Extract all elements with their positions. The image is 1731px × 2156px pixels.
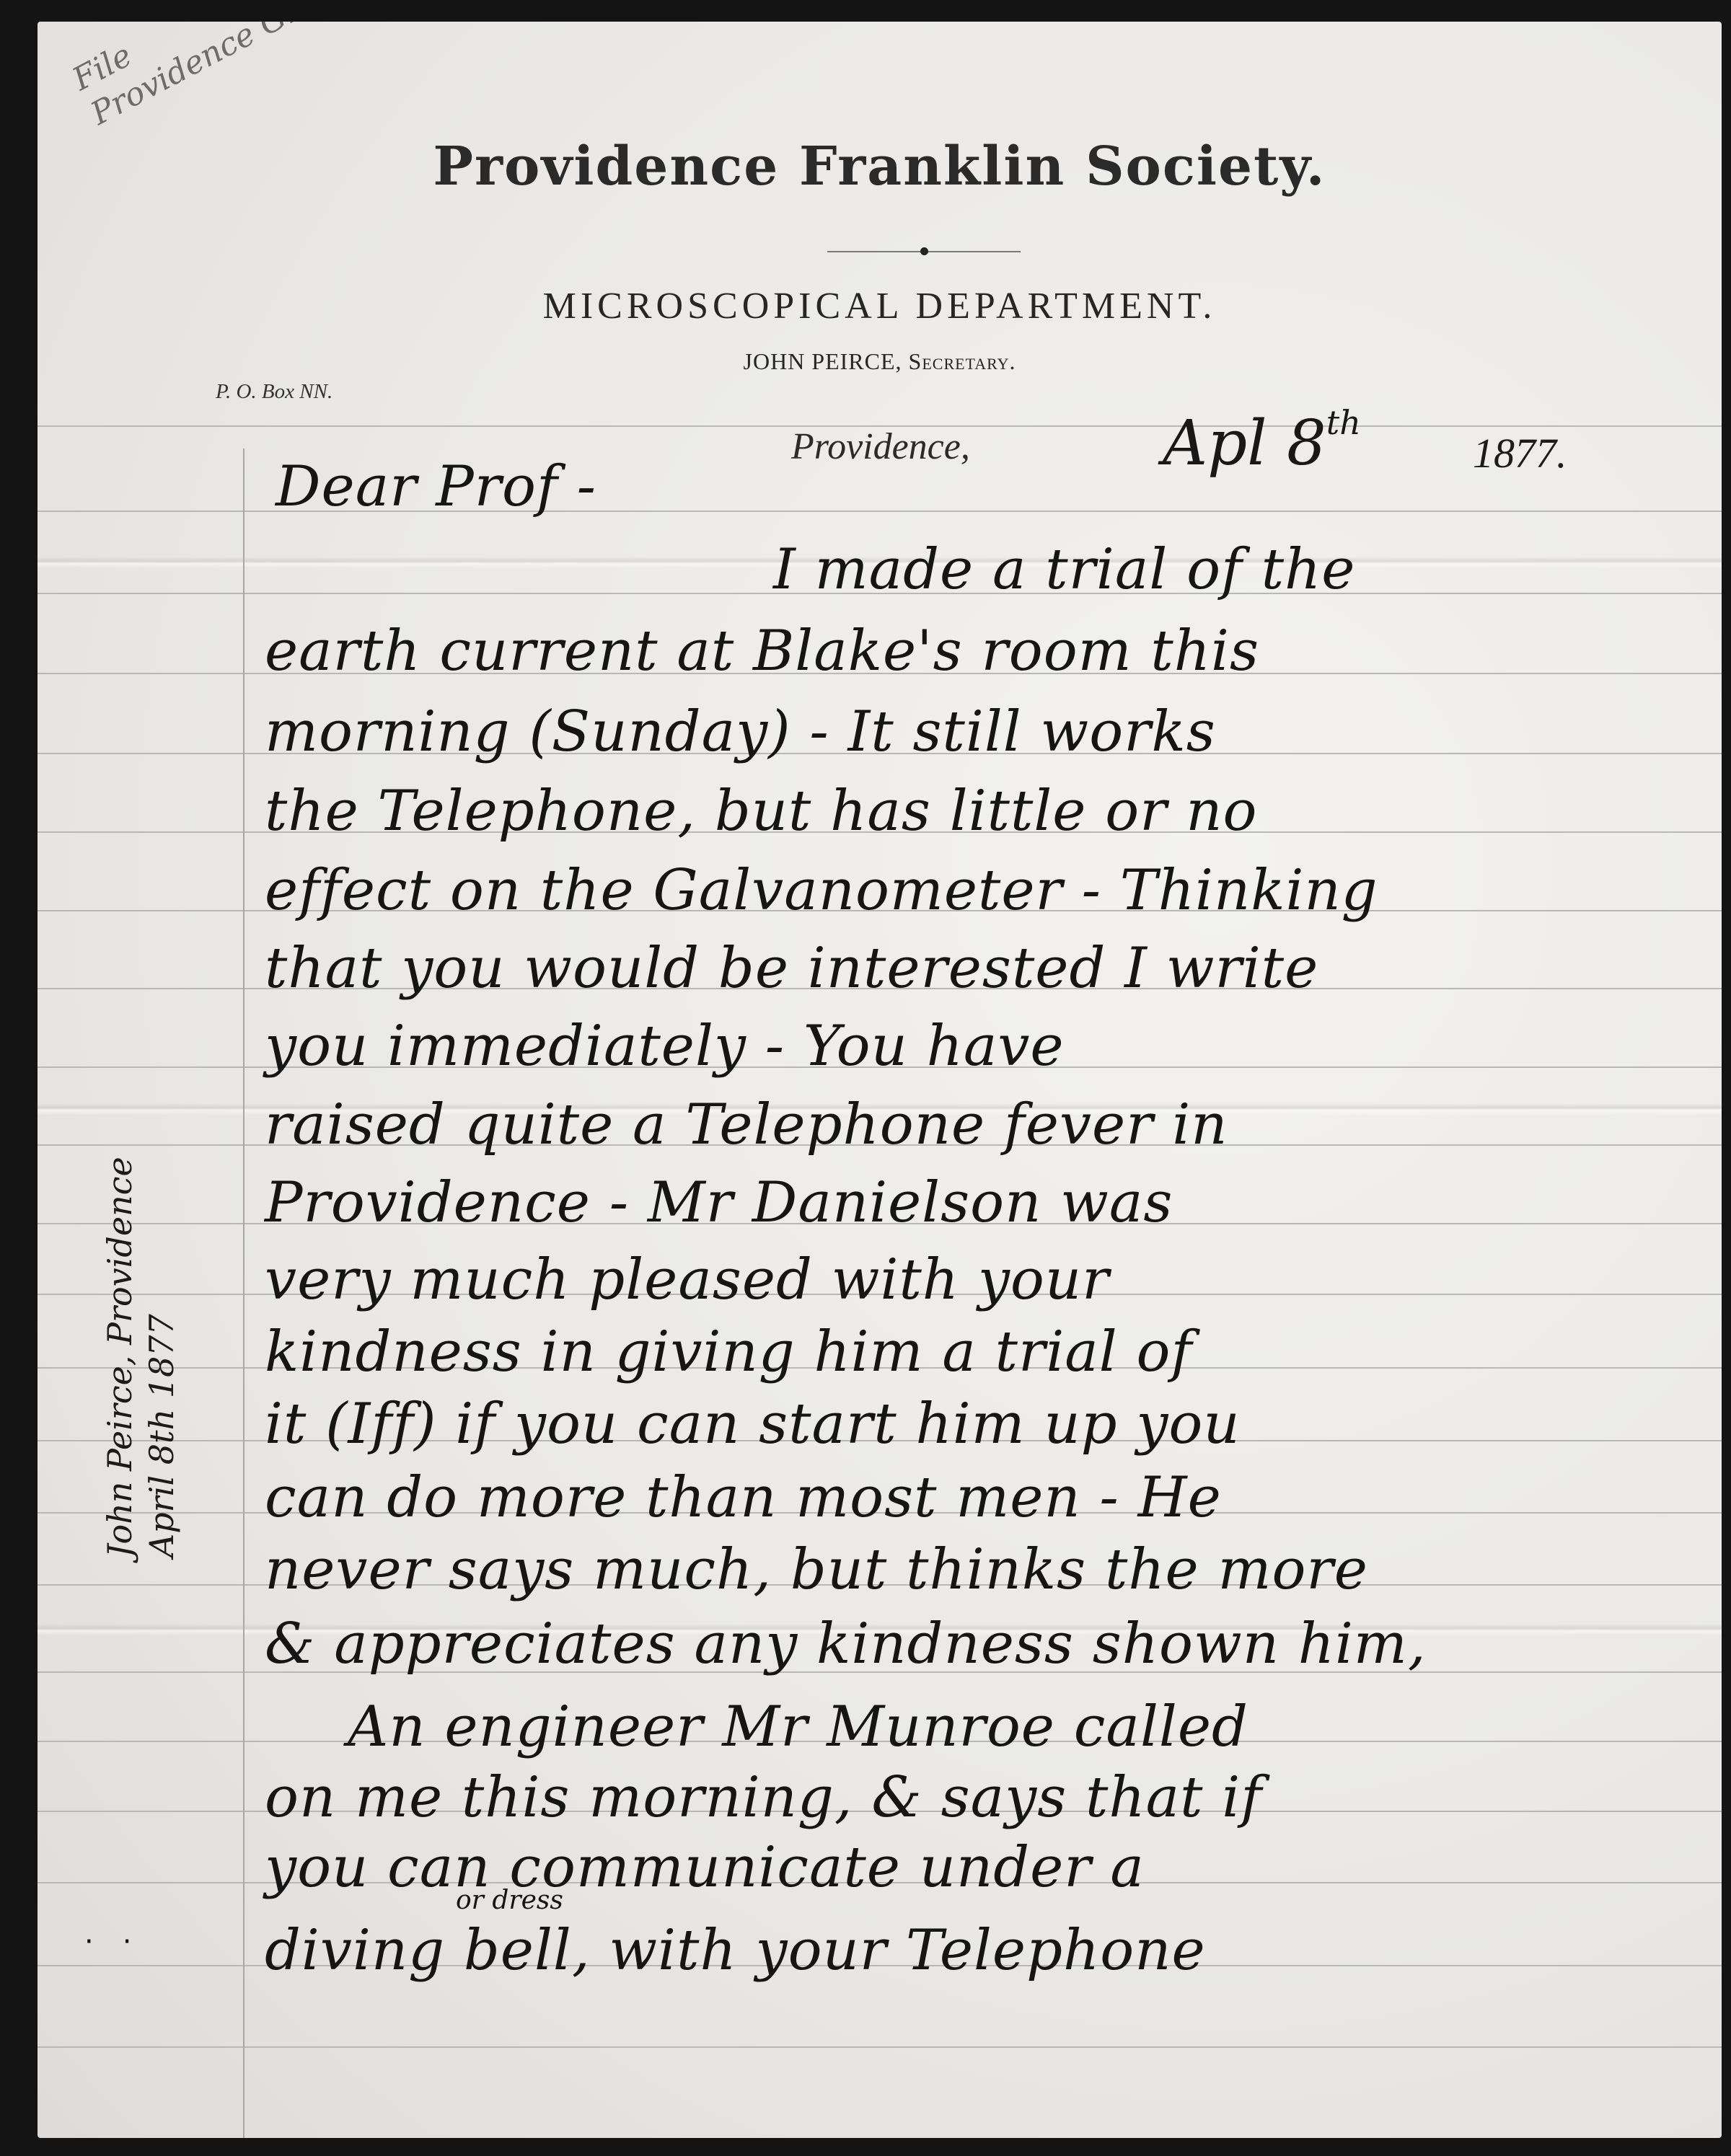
letterhead-title: Providence Franklin Society. — [38, 136, 1722, 198]
docket-side-note: John Peirce, Providence April 8th 1877 — [99, 1157, 182, 1558]
body-line: you can communicate under a — [265, 1835, 1145, 1900]
body-line: Providence - Mr Danielson was — [265, 1170, 1173, 1235]
letterhead-po-box: P. O. Box NN. — [216, 380, 332, 404]
handwritten-date: Apl 8th — [1163, 407, 1361, 480]
body-line: morning (Sunday) - It still works — [265, 699, 1216, 764]
date-year: 1877. — [1473, 429, 1567, 477]
letterhead-department: MICROSCOPICAL DEPARTMENT. — [38, 285, 1722, 327]
body-line: you immediately - You have — [265, 1014, 1065, 1079]
body-line: & appreciates any kindness shown him, — [265, 1612, 1427, 1676]
ink-dots: ·· — [84, 1925, 160, 1958]
year-handwritten: 7. — [1536, 430, 1567, 477]
letterhead-divider-dot — [920, 247, 928, 255]
body-line: diving bell, with your Telephone — [265, 1918, 1206, 1983]
body-line: never says much, but thinks the more — [265, 1537, 1368, 1602]
body-line: it (Iff) if you can start him up you — [265, 1392, 1241, 1457]
body-line: raised quite a Telephone fever in — [265, 1092, 1228, 1157]
letter-page: File Providence Group Providence Frankli… — [38, 22, 1722, 2138]
year-printed: 187 — [1473, 430, 1536, 477]
margin-line — [243, 449, 245, 2138]
body-line: on me this morning, & says that if — [265, 1765, 1262, 1830]
secretary-title: Secretary. — [909, 348, 1016, 374]
body-line: that you would be interested I write — [265, 936, 1318, 1001]
body-line: can do more than most men - He — [265, 1465, 1222, 1530]
archive-pencil-note: File Providence Group — [66, 22, 359, 133]
body-line: earth current at Blake's room this — [265, 619, 1259, 684]
body-line: very much pleased with your — [265, 1247, 1109, 1312]
letterhead-city: Providence, — [791, 425, 970, 468]
body-line: the Telephone, but has little or no — [265, 779, 1257, 844]
interlinear-insert: or dress — [456, 1886, 563, 1915]
body-line: An engineer Mr Munroe called — [348, 1695, 1248, 1759]
body-line: kindness in giving him a trial of — [265, 1320, 1192, 1384]
body-line: I made a trial of the — [773, 537, 1355, 602]
body-line: effect on the Galvanometer - Thinking — [265, 858, 1378, 923]
salutation: Dear Prof - — [276, 454, 596, 519]
ruled-line — [38, 2046, 1722, 2048]
letterhead-secretary: JOHN PEIRCE, Secretary. — [38, 348, 1722, 375]
secretary-name: JOHN PEIRCE, — [744, 348, 902, 374]
